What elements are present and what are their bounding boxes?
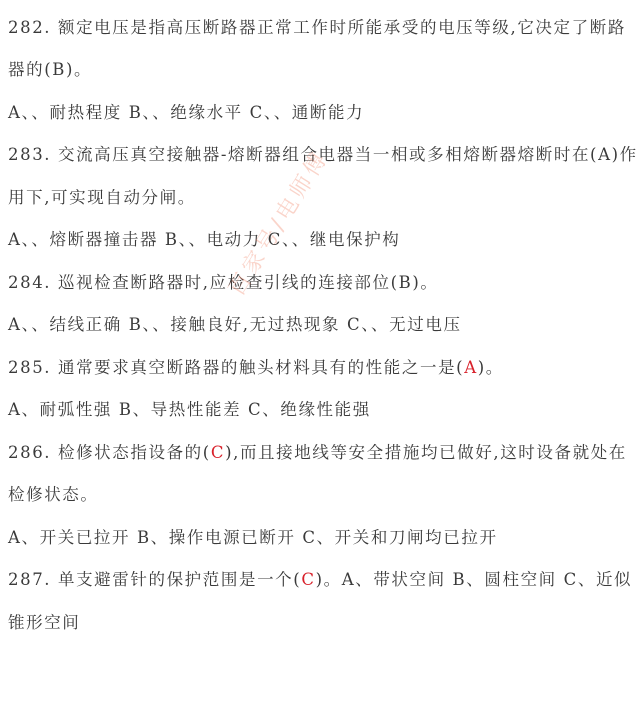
options-text: A、开关已拉开 B、操作电源已断开 C、开关和刀闸均已拉开 [8, 528, 498, 547]
question-text: 283. 交流高压真空接触器-熔断器组合电器当一相或多相熔断器熔断时在(A)作 [8, 145, 638, 164]
question-284-line-1: 284. 巡视检查断路器时,应检查引线的连接部位(B)。 [8, 269, 638, 297]
document-page: 282. 额定电压是指高压断路器正常工作时所能承受的电压等级,它决定了断路 器的… [0, 0, 640, 720]
question-text: 检修状态。 [8, 485, 99, 504]
question-text: 284. 巡视检查断路器时,应检查引线的连接部位(B)。 [8, 273, 439, 292]
question-text: 器的(B)。 [8, 60, 92, 79]
question-text: 282. 额定电压是指高压断路器正常工作时所能承受的电压等级,它决定了断路 [8, 18, 626, 37]
question-285-line-1: 285. 通常要求真空断路器的触头材料具有的性能之一是(A)。 [8, 354, 638, 382]
question-285-options: A、耐弧性强 B、导热性能差 C、绝缘性能强 [8, 396, 638, 424]
question-283-options: A、、熔断器撞击器 B、、电动力 C、、继电保护构 [8, 226, 638, 254]
question-287-line-2: 锥形空间 [8, 609, 638, 637]
question-text: )。A、带状空间 B、圆柱空间 C、近似 [316, 570, 633, 589]
question-text: 用下,可实现自动分闸。 [8, 188, 196, 207]
question-286-options: A、开关已拉开 B、操作电源已断开 C、开关和刀闸均已拉开 [8, 524, 638, 552]
question-283-line-1: 283. 交流高压真空接触器-熔断器组合电器当一相或多相熔断器熔断时在(A)作 [8, 141, 638, 169]
question-283-line-2: 用下,可实现自动分闸。 [8, 184, 638, 212]
question-text: 285. 通常要求真空断路器的触头材料具有的性能之一是( [8, 358, 464, 377]
question-text: ),而且接地线等安全措施均已做好,这时设备就处在 [225, 443, 627, 462]
answer-highlight: C [301, 570, 315, 589]
question-text: 287. 单支避雷针的保护范围是一个( [8, 570, 301, 589]
question-282-line-2: 器的(B)。 [8, 56, 638, 84]
options-text: A、、结线正确 B、、接触良好,无过热现象 C、、无过电压 [8, 315, 462, 334]
options-text: A、、耐热程度 B、、绝缘水平 C、、通断能力 [8, 103, 364, 122]
question-text: )。 [478, 358, 504, 377]
answer-highlight: C [211, 443, 225, 462]
question-text: 锥形空间 [8, 613, 80, 632]
question-287-line-1: 287. 单支避雷针的保护范围是一个(C)。A、带状空间 B、圆柱空间 C、近似 [8, 566, 638, 594]
question-286-line-1: 286. 检修状态指设备的(C),而且接地线等安全措施均已做好,这时设备就处在 [8, 439, 638, 467]
options-text: A、、熔断器撞击器 B、、电动力 C、、继电保护构 [8, 230, 400, 249]
answer-highlight: A [464, 358, 478, 377]
question-text: 286. 检修状态指设备的( [8, 443, 211, 462]
question-282-options: A、、耐热程度 B、、绝缘水平 C、、通断能力 [8, 99, 638, 127]
question-282-line-1: 282. 额定电压是指高压断路器正常工作时所能承受的电压等级,它决定了断路 [8, 14, 638, 42]
options-text: A、耐弧性强 B、导热性能差 C、绝缘性能强 [8, 400, 371, 419]
question-286-line-2: 检修状态。 [8, 481, 638, 509]
question-284-options: A、、结线正确 B、、接触良好,无过热现象 C、、无过电压 [8, 311, 638, 339]
